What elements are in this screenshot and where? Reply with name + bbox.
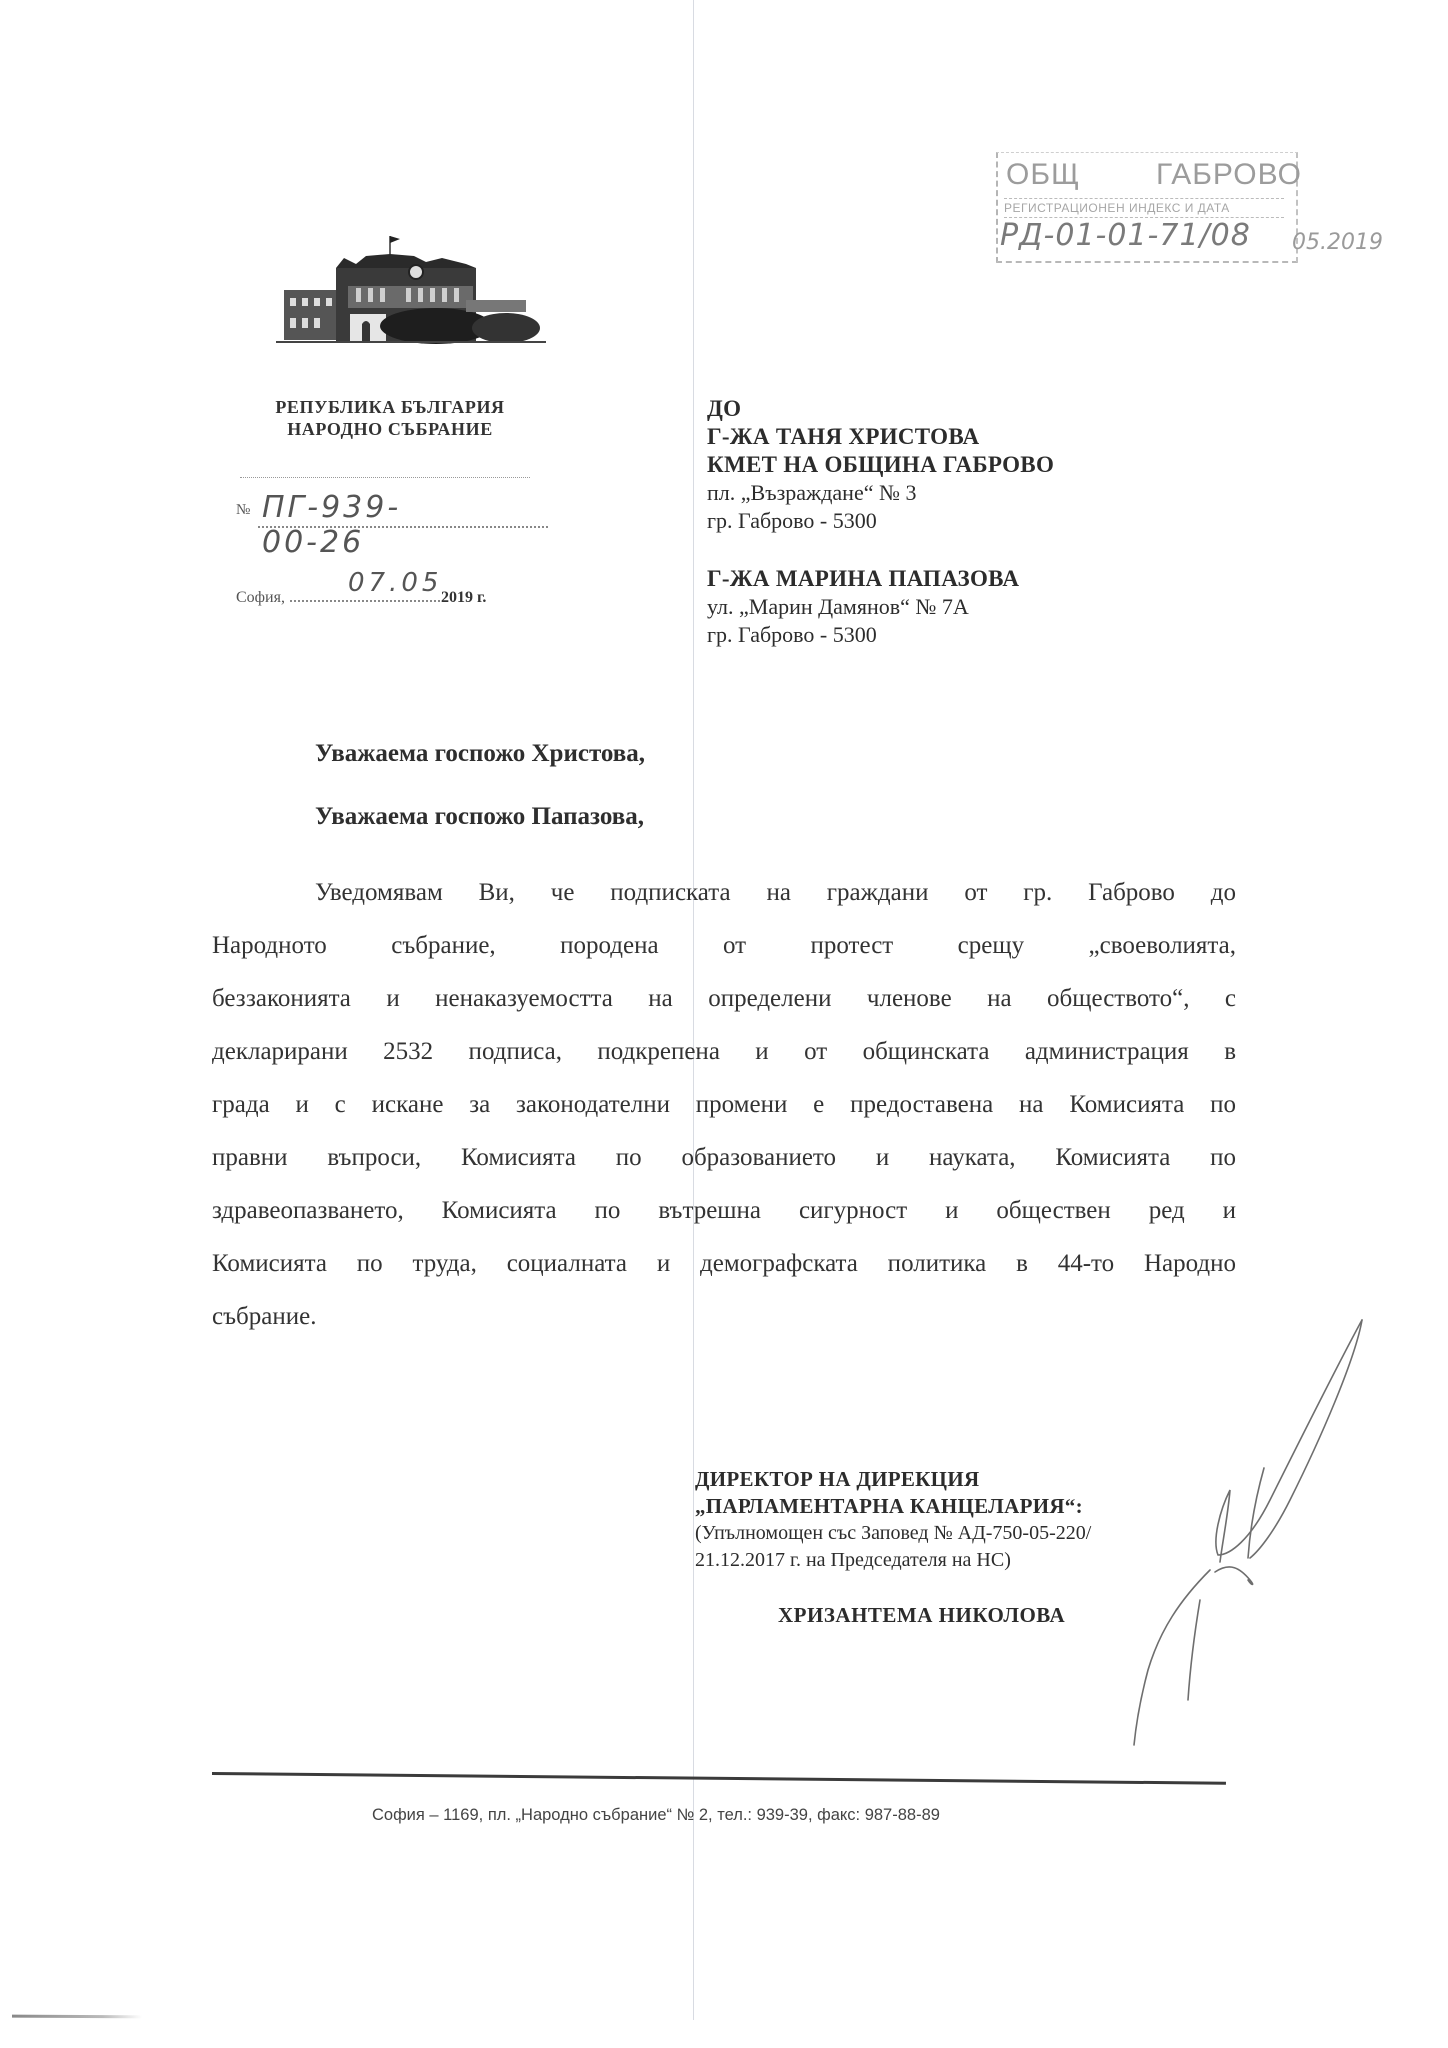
scan-edge-mark [12, 2015, 142, 2019]
recipient1-name: Г-ЖА ТАНЯ ХРИСТОВА [707, 423, 1054, 451]
date-year: 2019 г. [441, 589, 486, 606]
recipient2-name: Г-ЖА МАРИНА ПАПАЗОВА [707, 565, 1054, 593]
recipient2-address-line1: ул. „Марин Дамянов“ № 7А [707, 593, 1054, 621]
org-line-2: НАРОДНО СЪБРАНИЕ [230, 418, 550, 440]
stamp-title-left: ОБЩ [1006, 158, 1080, 191]
addressee-block: ДО Г-ЖА ТАНЯ ХРИСТОВА КМЕТ НА ОБЩИНА ГАБ… [707, 395, 1054, 649]
stamp-handwritten-date: 05.2019 [1292, 230, 1383, 255]
recipient1-address-line1: пл. „Възраждане“ № 3 [707, 479, 1054, 507]
number-label: № [236, 502, 250, 518]
footer-rule [212, 1772, 1226, 1785]
stamp-handwritten-index: РД-01-01-71/08 [1000, 218, 1251, 253]
parliament-building-icon [266, 228, 556, 348]
date-dotted-line: 07.05 [290, 588, 440, 602]
authorization-line2: 21.12.2017 г. на Председателя на НС) [695, 1547, 1091, 1574]
place-label: София, [236, 589, 285, 606]
paragraph-line: Народното събрание, породена от протест … [212, 919, 1236, 972]
stamp-title-right: ГАБРОВО [1156, 158, 1302, 192]
date-handwritten: 07.05 [348, 568, 442, 598]
paragraph-line: беззаконията и ненаказуемостта на опреде… [212, 972, 1236, 1025]
recipient2-address-line2: гр. Габрово - 5300 [707, 621, 1054, 649]
recipient1-address-line2: гр. Габрово - 5300 [707, 507, 1054, 535]
letterhead-separator [240, 477, 530, 479]
salutation-2: Уважаема госпожо Папазова, [315, 803, 644, 831]
registration-number: № ПГ-939-00-26 [236, 502, 250, 519]
paragraph-line: Комисията по труда, социалната и демогра… [212, 1237, 1236, 1290]
handwritten-signature-icon [1100, 1300, 1400, 1750]
paragraph-line: събрание. [212, 1290, 1236, 1343]
stamp-title: ОБЩ ГАБРОВО [1006, 158, 1080, 192]
addressee-to: ДО [707, 395, 1054, 423]
footer-contact: София – 1169, пл. „Народно събрание“ № 2… [372, 1806, 940, 1825]
registration-stamp: ОБЩ ГАБРОВО РЕГИСТРАЦИОНЕН ИНДЕКС И ДАТА… [996, 152, 1296, 262]
salutation-1: Уважаема госпожо Христова, [315, 740, 645, 768]
recipient1-title: КМЕТ НА ОБЩИНА ГАБРОВО [707, 451, 1054, 479]
signatory-name: ХРИЗАНТЕМА НИКОЛОВА [778, 1602, 1065, 1629]
paragraph-line: здравеопазването, Комисията по вътрешна … [212, 1184, 1236, 1237]
org-line-1: РЕПУБЛИКА БЪЛГАРИЯ [230, 396, 550, 418]
paragraph-line: Уведомявам Ви, че подписката на граждани… [212, 866, 1236, 919]
addressee-spacer [707, 535, 1054, 565]
signatory-position-line1: ДИРЕКТОР НА ДИРЕКЦИЯ [695, 1466, 1091, 1493]
letter-date: София, 07.05 2019 г. [236, 588, 486, 607]
number-handwritten: ПГ-939-00-26 [262, 490, 401, 560]
stamp-subtitle: РЕГИСТРАЦИОНЕН ИНДЕКС И ДАТА [1004, 198, 1284, 218]
body-paragraph: Уведомявам Ви, че подписката на граждани… [212, 866, 1236, 1343]
signature-block: ДИРЕКТОР НА ДИРЕКЦИЯ „ПАРЛАМЕНТАРНА КАНЦ… [695, 1466, 1091, 1574]
authorization-line1: (Упълномощен със Заповед № АД-750-05-220… [695, 1520, 1091, 1547]
paragraph-line: декларирани 2532 подписа, подкрепена и о… [212, 1025, 1236, 1078]
paragraph-line: правни въпроси, Комисията по образование… [212, 1131, 1236, 1184]
organization-name: РЕПУБЛИКА БЪЛГАРИЯ НАРОДНО СЪБРАНИЕ [230, 396, 550, 440]
signatory-position-line2: „ПАРЛАМЕНТАРНА КАНЦЕЛАРИЯ“: [695, 1493, 1091, 1520]
paragraph-line: града и с искане за законодателни промен… [212, 1078, 1236, 1131]
